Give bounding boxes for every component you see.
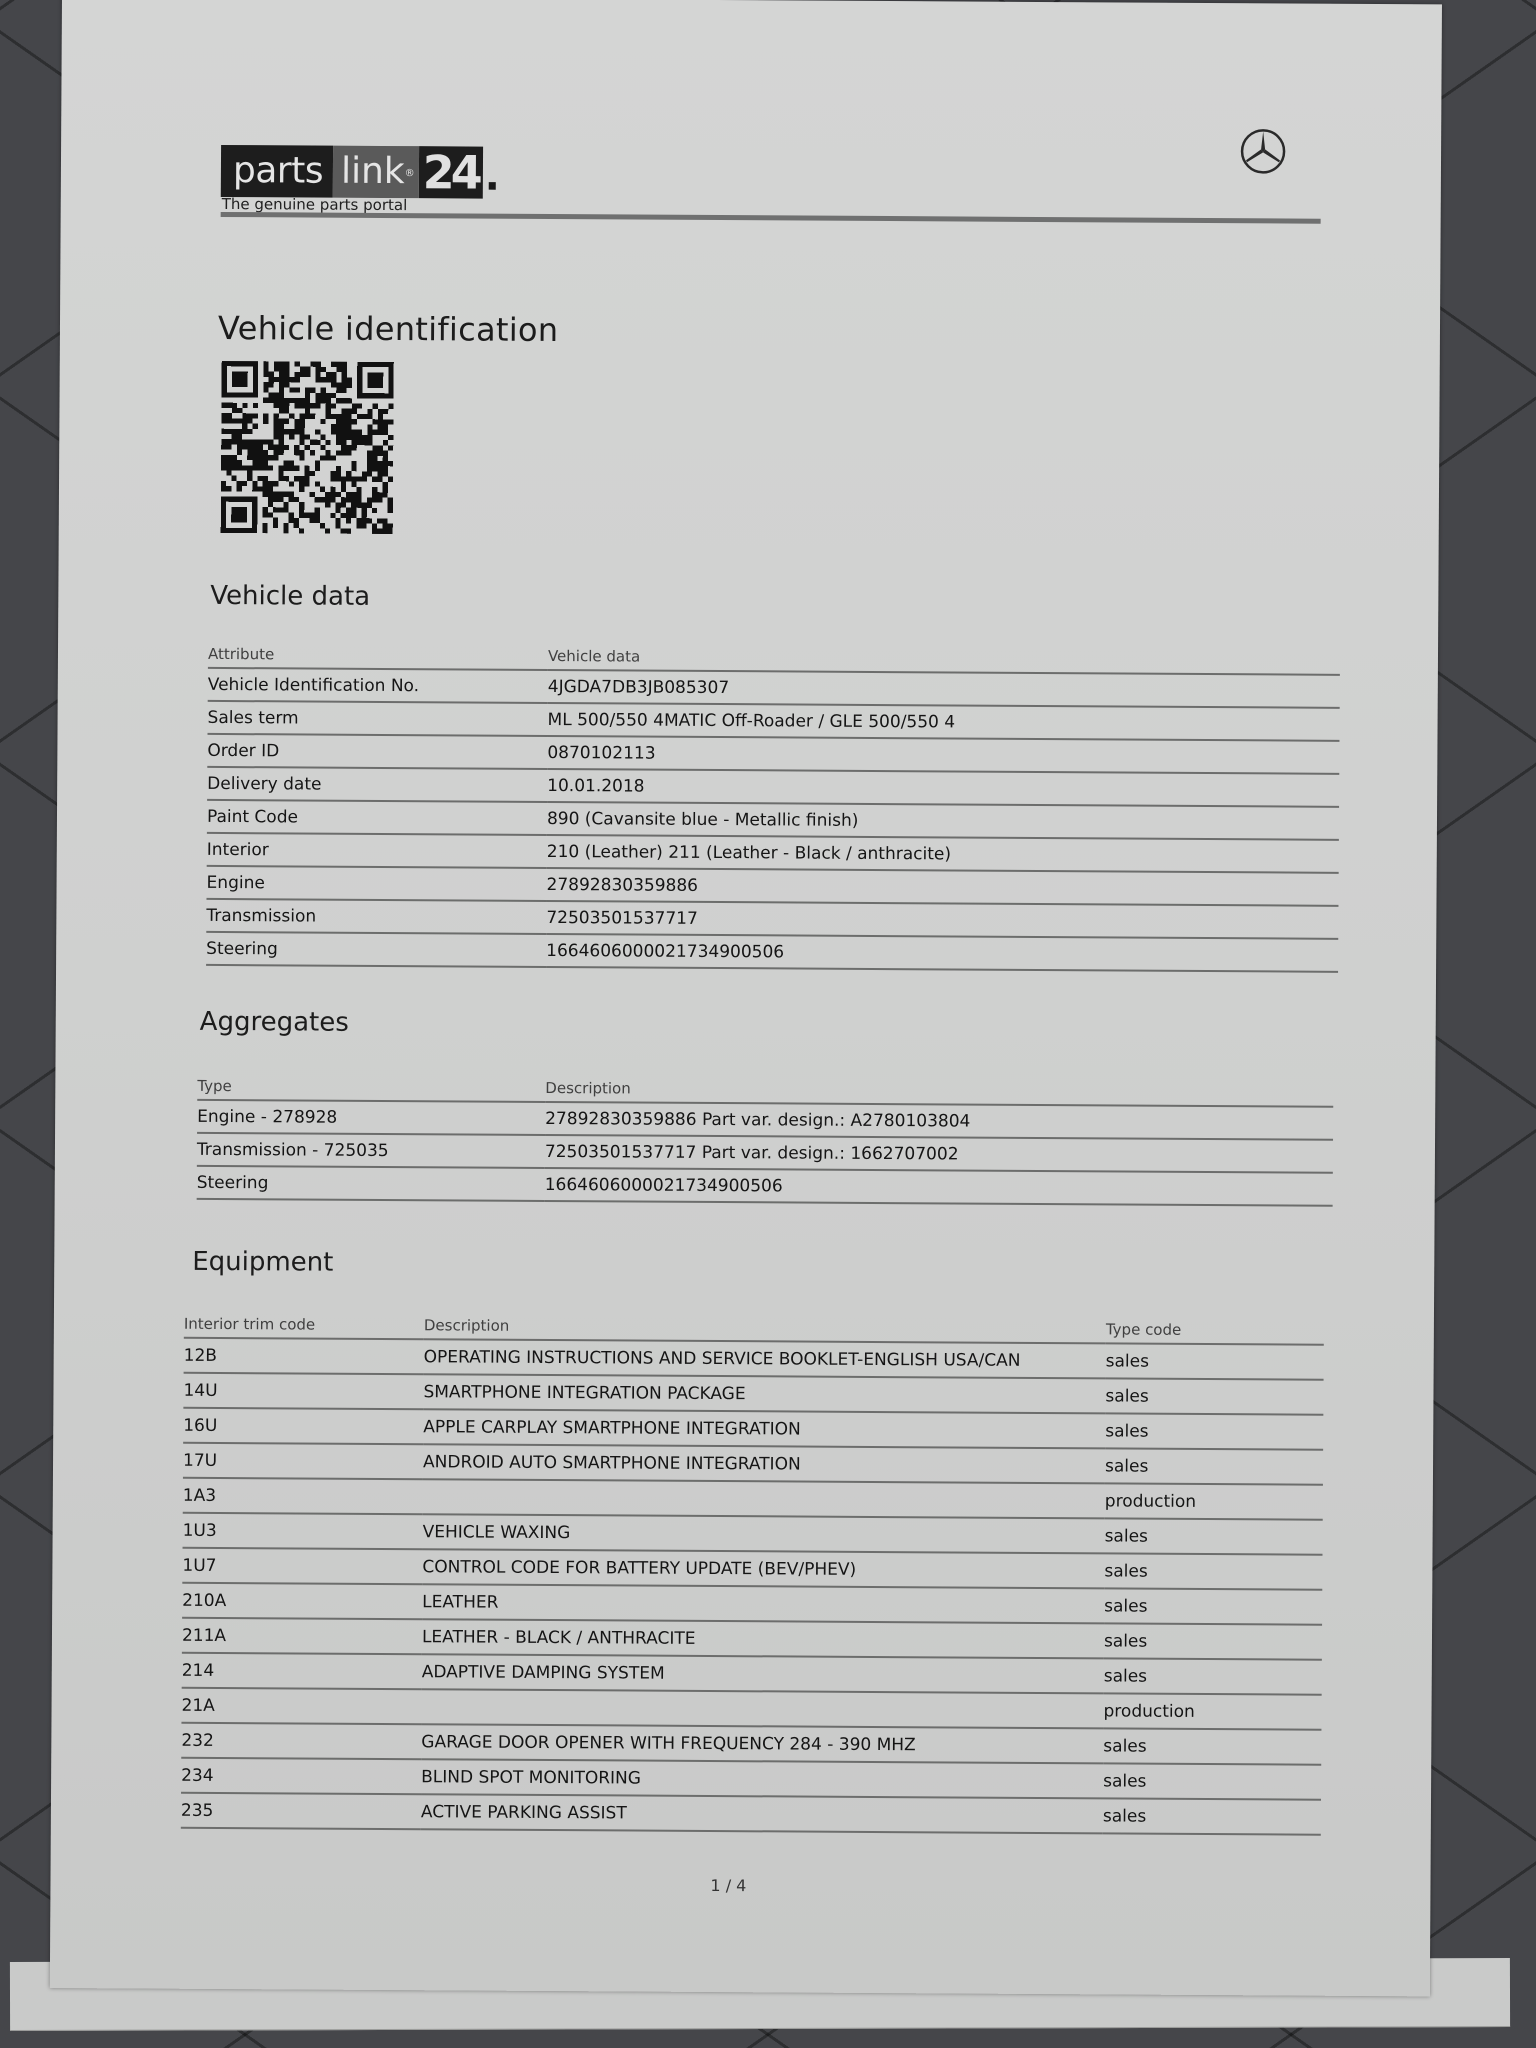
qr-code-icon [217, 361, 398, 534]
table-cell-value: 166460600002173490​0506 [546, 934, 1338, 972]
table-cell-type: sales [1104, 1623, 1322, 1659]
table-cell-attribute: Order ID [207, 734, 547, 769]
table-cell-value: 0870102113 [547, 736, 1339, 774]
table-cell-value: ML 500/550 4MATIC Off-Roader / GLE 500/5… [547, 703, 1339, 741]
equipment-title: Equipment [192, 1247, 333, 1278]
table-cell-type: Engine - 278928 [197, 1100, 545, 1135]
table-cell-attribute: Paint Code [207, 800, 547, 835]
document-page: parts link® 24 . The genuine parts porta… [50, 0, 1442, 1996]
logo-parts-text: parts [221, 145, 333, 198]
column-header: Interior trim code [184, 1307, 424, 1339]
column-header: Type [197, 1069, 545, 1102]
table-cell-description: APPLE CARPLAY SMARTPHONE INTEGRATION [423, 1409, 1105, 1448]
logo-number: 24 [419, 146, 483, 198]
table-cell-description: GARAGE DOOR OPENER WITH FREQUENCY 284 - … [421, 1724, 1103, 1763]
table-cell-attribute: Interior [207, 833, 547, 868]
table-cell-code: 1U7 [182, 1548, 422, 1584]
table-cell-type: sales [1104, 1658, 1322, 1694]
table-row: Steering166460600002173490​0506 [206, 932, 1338, 972]
table-cell-code: 234 [181, 1758, 421, 1794]
vehicle-data-table: Attribute Vehicle data Vehicle Identific… [206, 637, 1340, 973]
aggregates-table: Type Description Engine - 27892827892830… [197, 1069, 1334, 1207]
logo-link-text: link® [333, 146, 419, 199]
table-cell-description: BLIND SPOT MONITORING [421, 1759, 1103, 1798]
table-cell-description [421, 1689, 1103, 1728]
table-cell-code: 17U [183, 1443, 423, 1479]
table-cell-value: 210 (Leather) 211 (Leather - Black / ant… [547, 835, 1339, 873]
table-cell-type: sales [1103, 1728, 1321, 1764]
equipment-table: Interior trim code Description Type code… [181, 1307, 1324, 1836]
table-cell-type: sales [1103, 1763, 1321, 1799]
table-cell-description: 72503501537717 Part var. design.: 166270… [545, 1135, 1333, 1173]
page-title: Vehicle identification [218, 309, 559, 349]
column-header: Description [545, 1071, 1333, 1107]
table-cell-attribute: Delivery date [207, 767, 547, 802]
column-header: Type code [1106, 1312, 1324, 1344]
table-cell-code: 214 [182, 1653, 422, 1689]
table-row: 235ACTIVE PARKING ASSISTsales [181, 1793, 1321, 1835]
table-cell-type: sales [1105, 1448, 1323, 1484]
header-divider [221, 212, 1321, 224]
table-cell-code: 1A3 [183, 1478, 423, 1514]
table-cell-type: sales [1105, 1378, 1323, 1414]
table-cell-description: LEATHER [422, 1584, 1104, 1623]
logo-link-word: link [341, 151, 405, 192]
table-cell-value: 10.01.2018 [547, 769, 1339, 807]
vehicle-data-title: Vehicle data [210, 581, 370, 612]
table-cell-description [423, 1479, 1105, 1518]
page-number: 1 / 4 [710, 1876, 746, 1895]
table-cell-code: 12B [184, 1338, 424, 1374]
table-cell-description: ADAPTIVE DAMPING SYSTEM [422, 1654, 1104, 1693]
table-cell-value: 4JGDA7DB3JB085307 [548, 670, 1340, 708]
column-header: Description [424, 1308, 1106, 1343]
table-cell-description: SMARTPHONE INTEGRATION PACKAGE [423, 1374, 1105, 1413]
table-cell-description: 27892830359886 Part var. design.: A27801… [545, 1102, 1333, 1140]
table-cell-value: 72503501537717 [546, 901, 1338, 939]
table-cell-value: 27892830359886 [546, 868, 1338, 906]
table-cell-type: sales [1104, 1588, 1322, 1624]
table-cell-type: sales [1106, 1343, 1324, 1379]
table-cell-attribute: Engine [206, 866, 546, 901]
table-cell-type: Steering [197, 1166, 545, 1201]
table-cell-attribute: Transmission [206, 899, 546, 934]
registered-mark: ® [405, 150, 415, 198]
table-cell-description: CONTROL CODE FOR BATTERY UPDATE (BEV/PHE… [422, 1549, 1104, 1588]
aggregates-title: Aggregates [200, 1007, 349, 1038]
table-row: Steering16646060000217349​00506 [197, 1166, 1333, 1206]
table-cell-code: 211A [182, 1618, 422, 1654]
table-cell-description: OPERATING INSTRUCTIONS AND SERVICE BOOKL… [424, 1339, 1106, 1378]
column-header: Attribute [208, 637, 548, 670]
table-cell-type: production [1105, 1483, 1323, 1519]
logo-dot: . [485, 147, 501, 207]
table-cell-type: sales [1105, 1413, 1323, 1449]
table-cell-description: ANDROID AUTO SMARTPHONE INTEGRATION [423, 1444, 1105, 1483]
table-cell-type: sales [1105, 1518, 1323, 1554]
table-cell-description: VEHICLE WAXING [423, 1514, 1105, 1553]
table-cell-type: sales [1104, 1553, 1322, 1589]
table-cell-code: 16U [183, 1408, 423, 1444]
table-cell-type: production [1103, 1693, 1321, 1729]
table-cell-description: LEATHER - BLACK / ANTHRACITE [422, 1619, 1104, 1658]
table-cell-type: Transmission - 725035 [197, 1133, 545, 1168]
column-header: Vehicle data [548, 639, 1340, 675]
table-cell-code: 210A [182, 1583, 422, 1619]
table-cell-description: 16646060000217349​00506 [545, 1168, 1333, 1206]
table-cell-code: 1U3 [183, 1513, 423, 1549]
table-cell-code: 14U [183, 1373, 423, 1409]
table-cell-attribute: Steering [206, 932, 546, 967]
table-cell-code: 21A [181, 1688, 421, 1724]
table-cell-attribute: Vehicle Identification No. [208, 668, 548, 703]
table-cell-value: 890 (Cavansite blue - Metallic finish) [547, 802, 1339, 840]
table-cell-code: 232 [181, 1723, 421, 1759]
table-cell-description: ACTIVE PARKING ASSIST [421, 1794, 1103, 1833]
mercedes-star-icon [1239, 127, 1287, 175]
table-cell-type: sales [1103, 1798, 1321, 1834]
table-cell-code: 235 [181, 1793, 421, 1829]
table-cell-attribute: Sales term [207, 701, 547, 736]
